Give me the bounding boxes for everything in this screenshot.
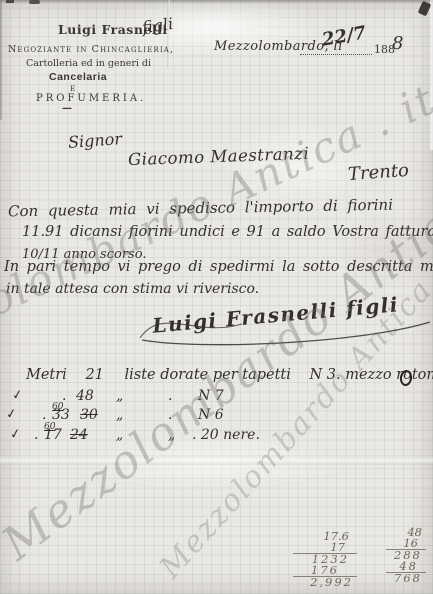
pencil-multiplication-left: 17.6 17 1232 176 2,992 [293, 531, 357, 588]
product-result: 768 [386, 573, 426, 584]
order-row: ✓ . 48 „ . N 7 [0, 388, 433, 408]
ditto-mark: „ [116, 407, 123, 423]
body-line-2: 11.91 dicansi fiorini undici e 91 a sald… [22, 224, 433, 240]
letterhead-divider: — [62, 103, 72, 114]
order-description: liste dorate per tapetti [125, 367, 291, 383]
dateline-year-handwritten: 8 [392, 33, 403, 54]
letterhead-business-line: E [70, 84, 75, 93]
struck-quantity: 30 [80, 407, 98, 423]
ditto-mark: „ [116, 427, 123, 443]
order-row: ✓ . 1760 24 „ „ . 20 nere. [0, 427, 433, 447]
multiplicand: 17.6 [293, 531, 357, 542]
salutation-title: Signor [67, 129, 122, 152]
horizontal-fold-crease [0, 455, 433, 465]
pencil-multiplication-right: 48 16 288 48 768 [386, 527, 426, 584]
body-line-1: Con questa mia vi spedisco l'importo di … [8, 196, 393, 221]
quantity-superscript: 60 [52, 402, 63, 412]
ditto-dot: . [168, 388, 172, 404]
watermark-text: Mezzolombardo Antica . it [0, 128, 433, 570]
body-line-4: In pari tempo vi prego di spedirmi la so… [4, 259, 433, 275]
product-result: 2,992 [293, 577, 357, 588]
checkmark-icon: ✓ [9, 426, 22, 443]
scan-edge-left [0, 0, 2, 120]
scanned-letter-page: Luigi Frasnelli figli Negoziante in Chin… [0, 0, 433, 594]
checkmark-icon: ✓ [11, 387, 24, 404]
scan-edge-top [0, 0, 433, 4]
ditto-dot: . [168, 407, 172, 423]
letterhead-business-line: PROFUMERIA. [36, 93, 146, 104]
order-header: Metri 21 liste dorate per tapetti N 3. m… [26, 367, 433, 383]
ink-smudge [29, 0, 40, 4]
row-size: . 20 nere. [192, 427, 260, 443]
order-row: ✓ . 3360 30 „ . N 6 [0, 407, 433, 427]
ditto-dot: . [42, 407, 46, 423]
quantity-superscript: 60 [44, 422, 55, 432]
order-total-qty: 21 [85, 367, 103, 383]
checkmark-icon: ✓ [5, 406, 18, 423]
letterhead-business-line: Negoziante in Chincaglieria, [8, 44, 174, 55]
order-spec: N 3. mezzo rotonde [309, 367, 433, 383]
recipient-city: Trento [347, 160, 409, 185]
body-line-5: in tale attesa con stima vi riverisco. [6, 281, 259, 297]
half-round-profile-mark [399, 369, 413, 387]
ditto-mark: „ [116, 388, 123, 404]
struck-quantity: 24 [70, 427, 88, 443]
letterhead-business-line: Cancelaria [49, 71, 107, 83]
ditto-mark: „ [168, 427, 175, 443]
ditto-dot: . [34, 427, 38, 443]
row-size: N 6 [198, 407, 224, 423]
recipient-name: Giacomo Maestranzi [128, 144, 310, 169]
row-size: N 7 [198, 388, 224, 404]
order-unit: Metri [26, 367, 67, 383]
ink-smudge [6, 0, 14, 3]
letterhead-business-line: Cartolleria ed in generi di [26, 58, 151, 69]
